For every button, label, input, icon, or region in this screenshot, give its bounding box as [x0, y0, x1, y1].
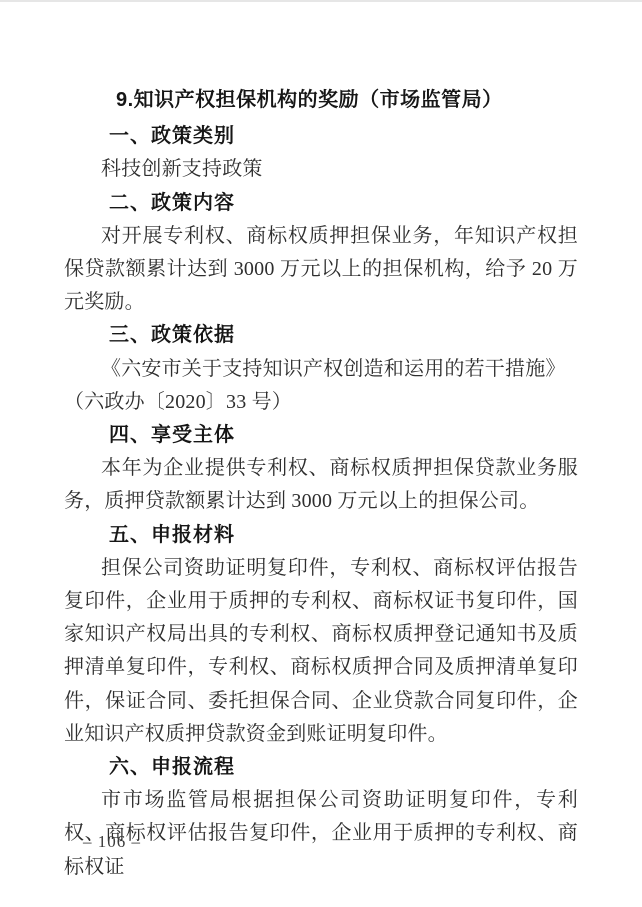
page-top-edge-line	[0, 0, 642, 2]
section-paragraph: 本年为企业提供专利权、商标权质押担保贷款业务服务，质押贷款额累计达到 3000 …	[64, 452, 578, 518]
document-body: 9.知识产权担保机构的奖励（市场监管局） 一、政策类别 科技创新支持政策 二、政…	[64, 84, 578, 884]
page-number: – 106 –	[83, 832, 141, 852]
section-heading: 二、政策内容	[64, 187, 578, 220]
doc-title: 9.知识产权担保机构的奖励（市场监管局）	[64, 84, 578, 117]
section-heading: 三、政策依据	[64, 319, 578, 352]
section-application-materials: 五、申报材料 担保公司资助证明复印件，专利权、商标权评估报告复印件，企业用于质押…	[64, 519, 578, 751]
section-heading: 六、申报流程	[64, 751, 578, 784]
section-heading: 四、享受主体	[64, 419, 578, 452]
section-policy-content: 二、政策内容 对开展专利权、商标权质押担保业务，年知识产权担保贷款额累计达到 3…	[64, 187, 578, 320]
section-paragraph: 《六安市关于支持知识产权创造和运用的若干措施》	[64, 353, 578, 386]
section-beneficiaries: 四、享受主体 本年为企业提供专利权、商标权质押担保贷款业务服务，质押贷款额累计达…	[64, 419, 578, 519]
section-heading: 一、政策类别	[64, 120, 578, 153]
section-paragraph: （六政办〔2020〕33 号）	[64, 386, 578, 419]
section-policy-category: 一、政策类别 科技创新支持政策	[64, 120, 578, 186]
section-paragraph: 对开展专利权、商标权质押担保业务，年知识产权担保贷款额累计达到 3000 万元以…	[64, 220, 578, 320]
section-application-process: 六、申报流程 市市场监管局根据担保公司资助证明复印件，专利权、商标权评估报告复印…	[64, 751, 578, 884]
section-paragraph: 科技创新支持政策	[64, 153, 578, 186]
section-policy-basis: 三、政策依据 《六安市关于支持知识产权创造和运用的若干措施》 （六政办〔2020…	[64, 319, 578, 419]
section-paragraph: 担保公司资助证明复印件，专利权、商标权评估报告复印件，企业用于质押的专利权、商标…	[64, 552, 578, 751]
section-heading: 五、申报材料	[64, 519, 578, 552]
document-page: 9.知识产权担保机构的奖励（市场监管局） 一、政策类别 科技创新支持政策 二、政…	[0, 0, 642, 907]
section-paragraph: 市市场监管局根据担保公司资助证明复印件，专利权、商标权评估报告复印件，企业用于质…	[64, 784, 578, 884]
